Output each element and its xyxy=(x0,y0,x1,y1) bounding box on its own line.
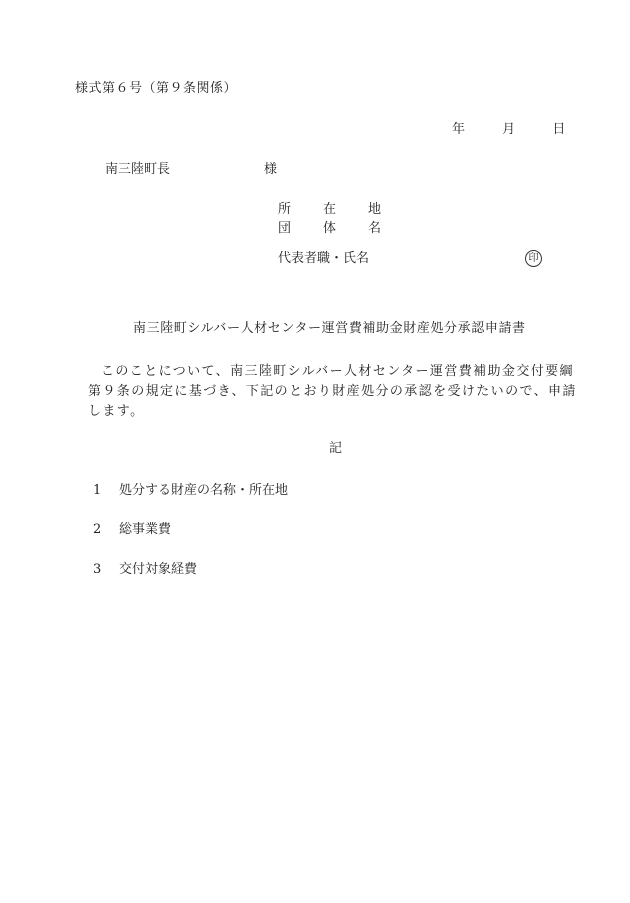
applicant-block: 所在地 団体名 xyxy=(278,203,381,241)
address-label-char: 地 xyxy=(368,203,381,216)
address-label: 所在地 xyxy=(278,203,381,222)
representative-label: 代表者職・氏名 xyxy=(278,252,369,265)
month-label: 月 xyxy=(502,123,515,136)
addressee-honorific: 様 xyxy=(264,163,277,176)
form-number: 様式第６号（第９条関係） xyxy=(75,82,237,95)
org-name-label: 団体名 xyxy=(278,222,381,241)
item-number: 1 xyxy=(93,484,119,497)
list-item: 2総事業費 xyxy=(93,523,171,536)
list-item: 3交付対象経費 xyxy=(93,563,197,576)
body-paragraph: このことについて、南三陸町シルバー人材センター運営費補助金交付要綱第９条の規定に… xyxy=(88,362,588,422)
year-label: 年 xyxy=(452,123,465,136)
address-label-char: 在 xyxy=(323,203,368,216)
org-label-char: 団 xyxy=(278,222,323,235)
item-number: 2 xyxy=(93,523,119,536)
item-number: 3 xyxy=(93,563,119,576)
day-label: 日 xyxy=(552,123,565,136)
seal-icon: 印 xyxy=(525,250,542,267)
address-label-char: 所 xyxy=(278,203,323,216)
list-item: 1処分する財産の名称・所在地 xyxy=(93,484,288,497)
item-label: 総事業費 xyxy=(119,522,171,537)
item-label: 交付対象経費 xyxy=(119,562,197,577)
date-line: 年 月 日 xyxy=(452,123,565,136)
addressee-name: 南三陸町長 xyxy=(105,163,170,176)
ki-heading: 記 xyxy=(329,442,342,455)
org-label-char: 名 xyxy=(368,222,381,235)
org-label-char: 体 xyxy=(323,222,368,235)
item-label: 処分する財産の名称・所在地 xyxy=(119,483,288,498)
document-title: 南三陸町シルバー人材センター運営費補助金財産処分承認申請書 xyxy=(133,322,526,335)
